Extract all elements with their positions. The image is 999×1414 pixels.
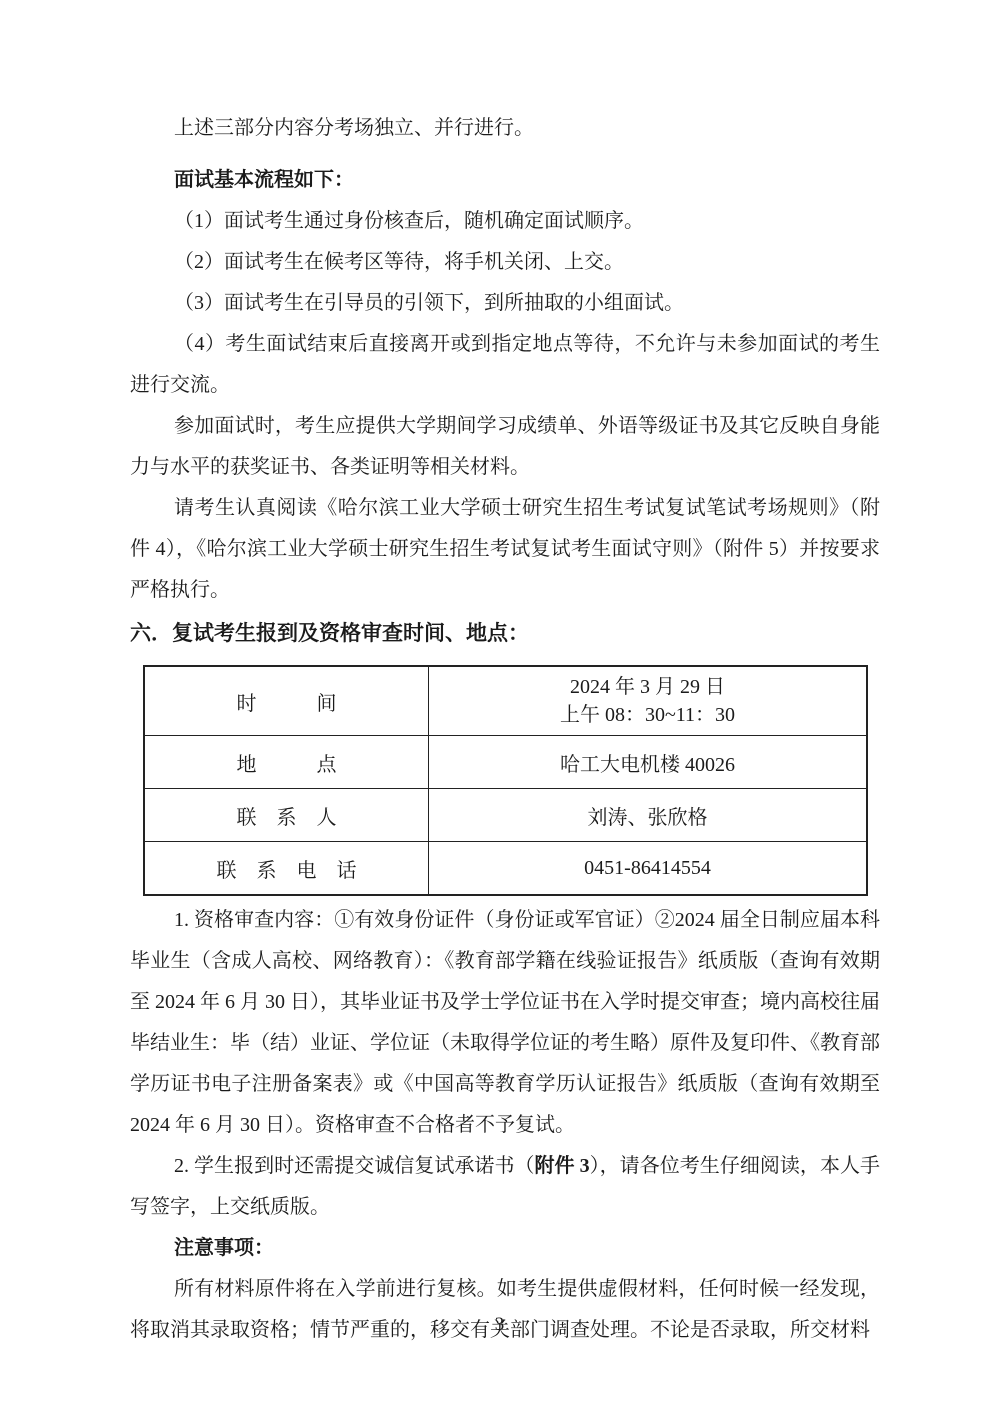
attachment-3-bold-text: 附件 3 [535, 1155, 590, 1177]
qualification-review-paragraph: 1. 资格审查内容：①有效身份证件（身份证或军官证）②2024 届全日制应届本科… [130, 900, 880, 1146]
contact-phone-value-cell: 0451-86414554 [429, 842, 868, 896]
time-hours-line: 上午 08：30~11：30 [429, 701, 866, 729]
attention-heading: 注意事项： [130, 1228, 880, 1269]
commitment-letter-text-pre: 2. 学生报到时还需提交诚信复试承诺书（ [174, 1155, 535, 1177]
attention-body-paragraph: 所有材料原件将在入学前进行复核。如考生提供虚假材料，任何时候一经发现，将取消其录… [130, 1269, 880, 1351]
interview-process-heading: 面试基本流程如下： [130, 160, 880, 201]
time-date-line: 2024 年 3 月 29 日 [429, 673, 866, 701]
section-six-heading: 六．复试考生报到及资格审查时间、地点： [130, 613, 880, 654]
location-label-cell: 地 点 [144, 736, 429, 789]
contact-person-value-cell: 刘涛、张欣格 [429, 789, 868, 842]
time-value-cell: 2024 年 3 月 29 日 上午 08：30~11：30 [429, 666, 868, 736]
materials-note-paragraph: 参加面试时，考生应提供大学期间学习成绩单、外语等级证书及其它反映自身能力与水平的… [130, 406, 880, 488]
interview-step-1: （1）面试考生通过身份核查后，随机确定面试顺序。 [130, 201, 880, 242]
interview-step-4: （4）考生面试结束后直接离开或到指定地点等待，不允许与未参加面试的考生进行交流。 [130, 324, 880, 406]
contact-phone-label-cell: 联 系 电 话 [144, 842, 429, 896]
contact-person-label-cell: 联 系 人 [144, 789, 429, 842]
rules-notice-paragraph: 请考生认真阅读《哈尔滨工业大学硕士研究生招生考试复试笔试考场规则》（附件 4），… [130, 488, 880, 611]
table-row-contact-person: 联 系 人 刘涛、张欣格 [144, 789, 867, 842]
location-value-cell: 哈工大电机楼 40026 [429, 736, 868, 789]
table-row-contact-phone: 联 系 电 话 0451-86414554 [144, 842, 867, 896]
time-label-cell: 时 间 [144, 666, 429, 736]
document-page: 上述三部分内容分考场独立、并行进行。 面试基本流程如下： （1）面试考生通过身份… [0, 0, 999, 1414]
interview-step-3: （3）面试考生在引导员的引领下，到所抽取的小组面试。 [130, 283, 880, 324]
intro-paragraph: 上述三部分内容分考场独立、并行进行。 [130, 108, 880, 149]
commitment-letter-paragraph: 2. 学生报到时还需提交诚信复试承诺书（附件 3），请各位考生仔细阅读，本人手写… [130, 1146, 880, 1228]
document-body: 上述三部分内容分考场独立、并行进行。 面试基本流程如下： （1）面试考生通过身份… [130, 108, 880, 1351]
registration-info-table: 时 间 2024 年 3 月 29 日 上午 08：30~11：30 地 点 哈… [143, 665, 868, 896]
table-row-location: 地 点 哈工大电机楼 40026 [144, 736, 867, 789]
interview-step-2: （2）面试考生在候考区等待，将手机关闭、上交。 [130, 242, 880, 283]
page-number: 3 [0, 1314, 999, 1336]
table-row-time: 时 间 2024 年 3 月 29 日 上午 08：30~11：30 [144, 666, 867, 736]
